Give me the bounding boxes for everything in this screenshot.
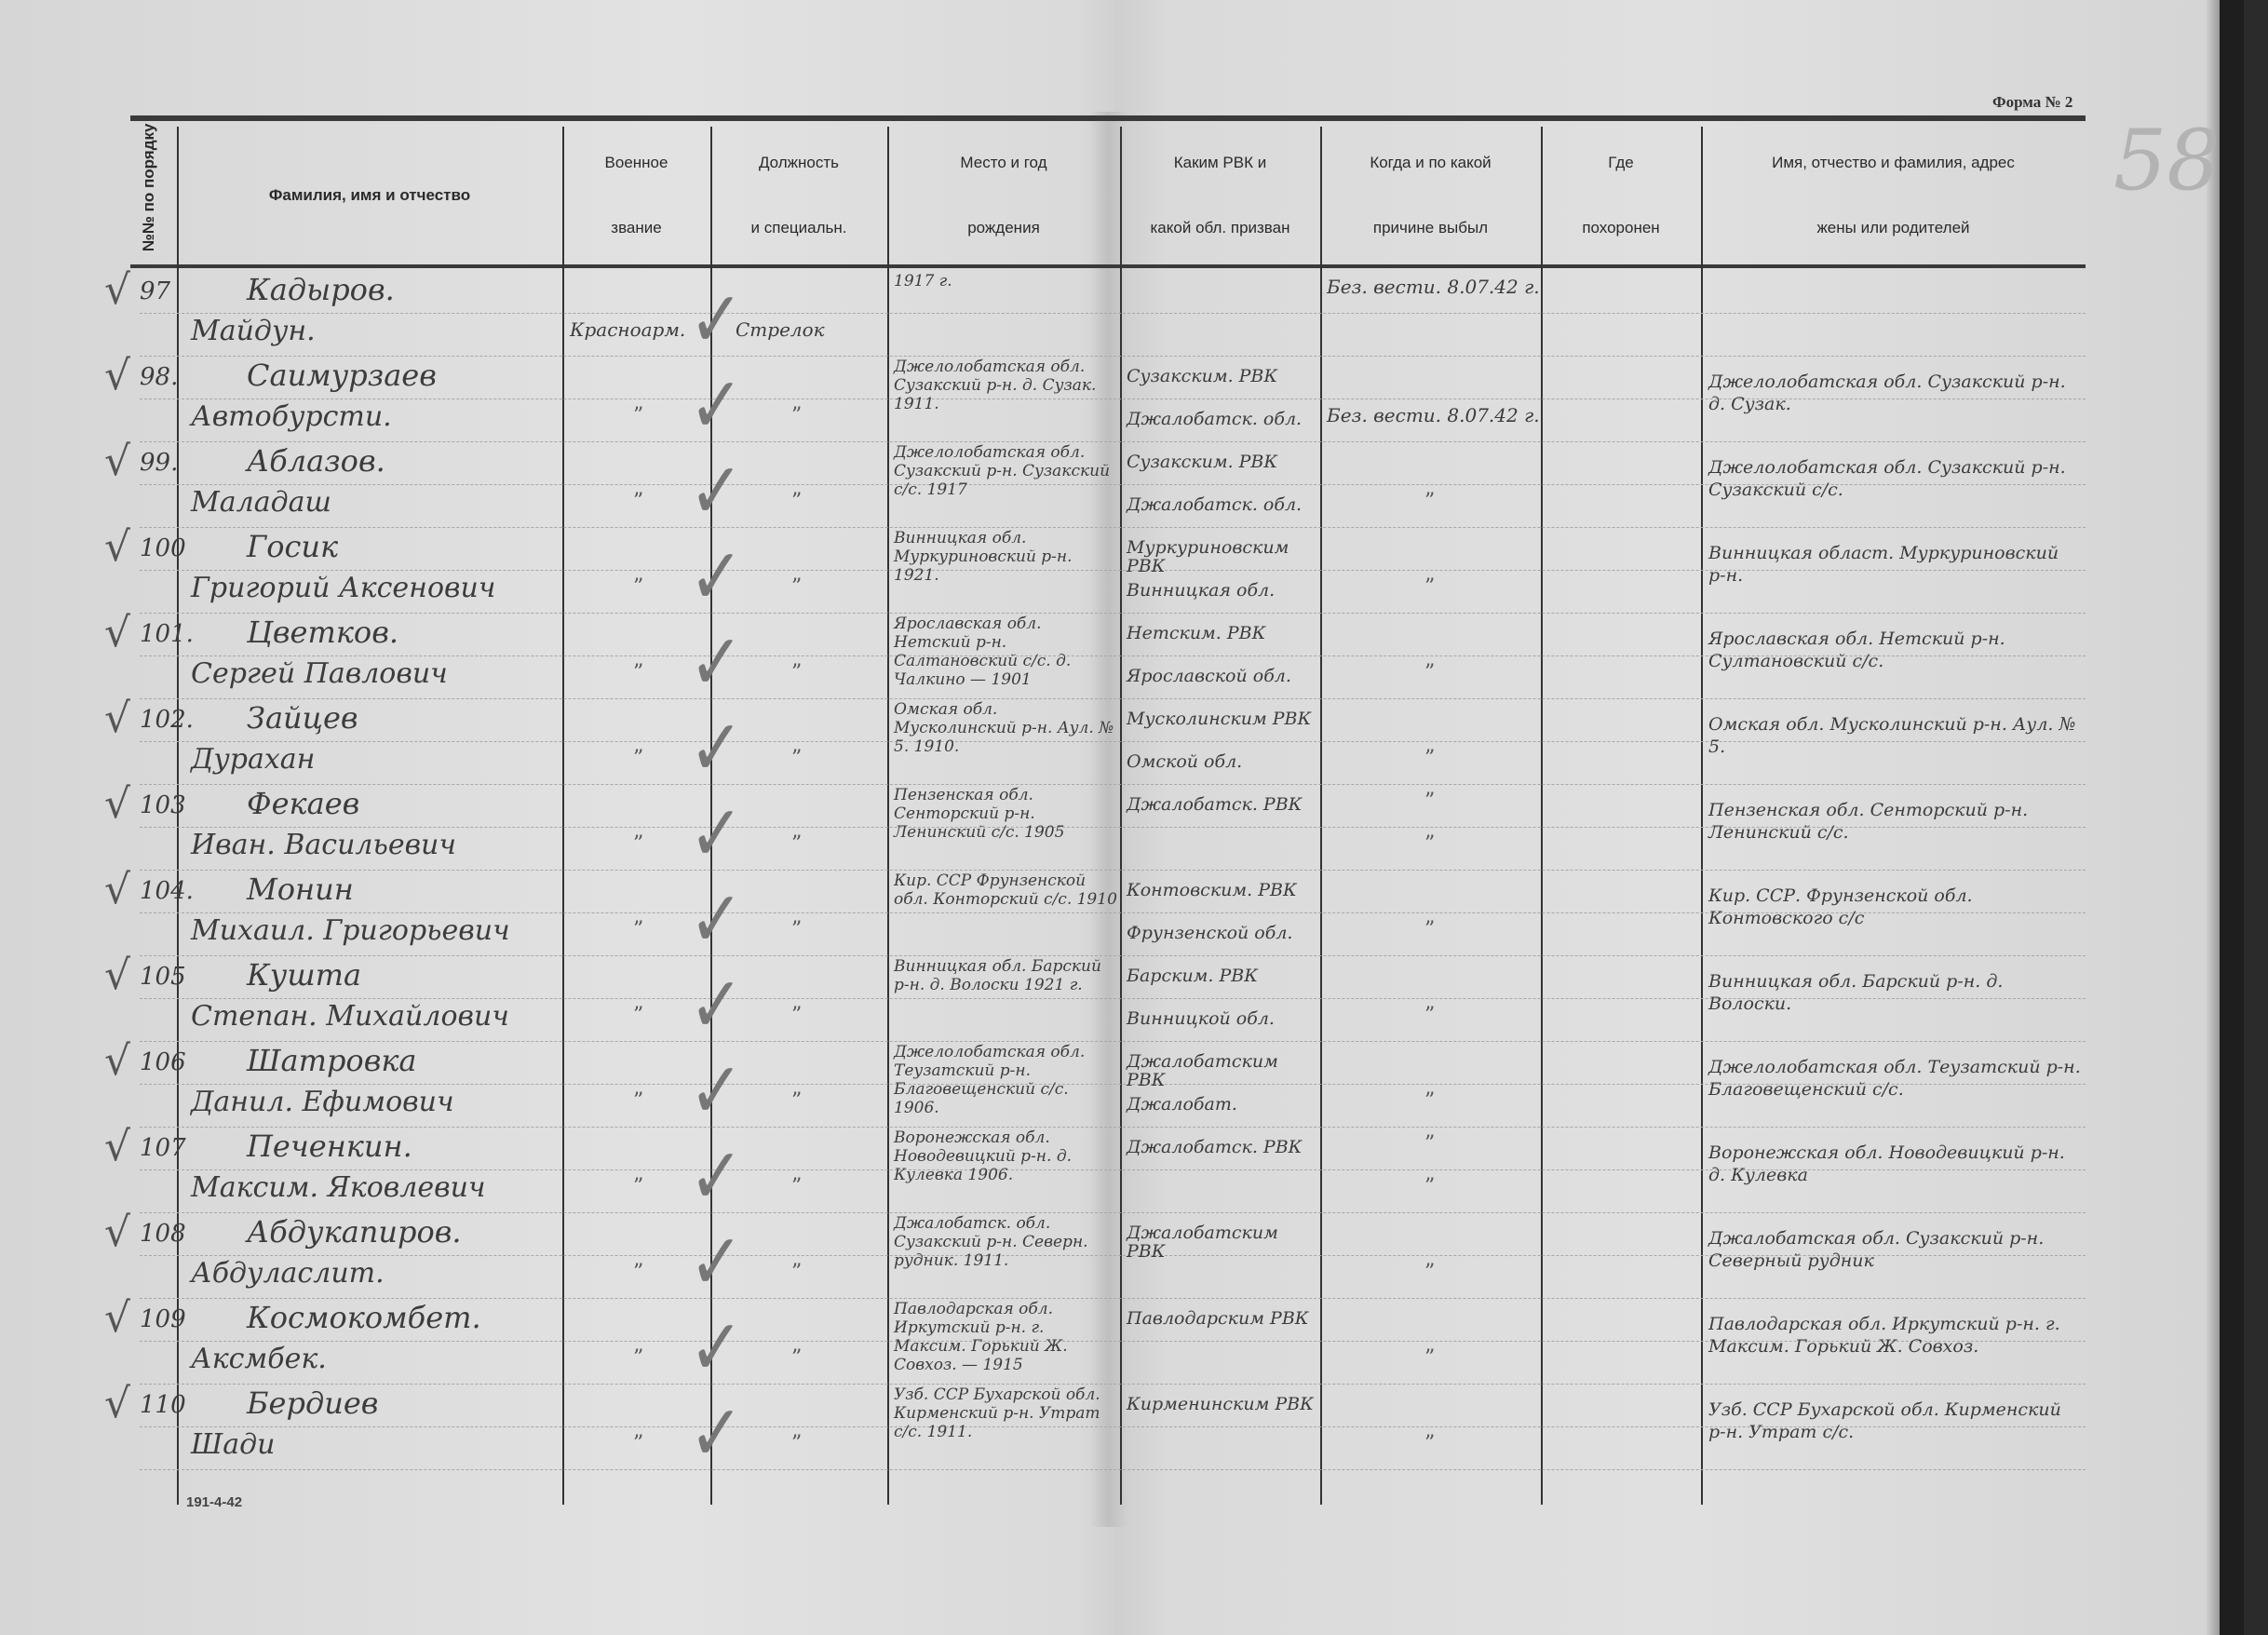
record-number: 99. [140,449,178,477]
record-number: 98. [140,363,178,391]
record-rank: ” [633,661,643,684]
row-divider [140,784,2086,785]
record-surname: Зайцев [247,700,358,736]
page-edge [2207,0,2220,1635]
record-position: ” [791,404,802,427]
record-relatives-address: Кир. ССР. Фрунзенской обл. Контовского с… [1708,885,2081,929]
record-relatives-address: Винницкая обл. Барский р-н. д. Волоски. [1708,970,2081,1015]
record-given-name: Аксмбек. [191,1343,327,1375]
record-rank: ” [633,1432,643,1455]
record-surname: Бердиев [247,1385,378,1421]
record-birthplace-year: Воронежская обл. Новодевицкий р-н. д. Ку… [894,1128,1117,1184]
record-birthplace-year: Павлодарская обл. Иркутский р-н. г. Макс… [894,1300,1117,1374]
pencil-check-icon: ✓ [689,873,744,965]
record-given-name: Шади [191,1428,275,1461]
row-divider [140,698,2086,699]
row-divider [140,870,2086,871]
record-given-name: Степан. Михайлович [191,1000,509,1033]
row-divider [140,1127,2086,1128]
record-rvk: Джалобатским РВК [1127,1052,1317,1089]
record-left-reason-2: ” [1424,747,1435,770]
record-number: 106 [140,1048,186,1076]
record-position: ” [791,1432,802,1455]
checkmark-icon: √ [104,1380,130,1427]
record-birthplace-year: Винницкая обл. Муркуриновский р-н. 1921. [894,529,1117,585]
record-rank: ” [633,1346,643,1370]
record-relatives-address: Воронежская обл. Новодевицкий р-н. д. Ку… [1708,1142,2081,1186]
record-rvk: Джалобатск. РВК [1127,1138,1317,1156]
record-position: ” [791,1346,802,1370]
record-given-name: Сергей Павлович [191,657,448,690]
header-bottom-rule [130,264,2086,268]
header-relatives: Имя, отчество и фамилия, адресжены или р… [1701,130,2086,261]
record-rvk: Контовским. РВК [1127,881,1317,899]
record-relatives-address: Джелолобатская обл. Теузатский р-н. Благ… [1708,1056,2081,1101]
checkmark-icon: √ [104,1037,130,1085]
record-rank: ” [633,575,643,599]
record-number: 97 [140,277,170,305]
row-divider [140,1041,2086,1042]
record-given-name: Данил. Ефимович [191,1086,454,1118]
record-left-reason-2: ” [1424,918,1435,941]
record-surname: Фекаев [247,786,359,821]
pencil-check-icon: ✓ [689,702,744,793]
record-position: Стрелок [736,318,825,341]
record-rank: ” [633,1261,643,1284]
record-birthplace-year: Узб. ССР Бухарской обл. Кирменский р-н. … [894,1385,1117,1441]
record-left-reason: ” [1424,790,1435,813]
row-divider [140,1212,2086,1213]
row-divider [140,441,2086,442]
record-rvk: Муркуриновским РВК [1127,538,1317,575]
record-position: ” [791,747,802,770]
record-position: ” [791,490,802,513]
record-surname: Саимурзаев [247,358,437,393]
record-left-reason-2: ” [1424,1175,1435,1198]
row-divider [140,1384,2086,1385]
record-position: ” [791,1089,802,1113]
row-divider [140,313,2086,314]
record-rvk: Павлодарским РВК [1127,1309,1317,1328]
record-position: ” [791,661,802,684]
record-birthplace-year: Джелолобатская обл. Сузакский р-н. Сузак… [894,443,1117,499]
record-number: 109 [140,1305,186,1333]
record-left-reason-2: ” [1424,1432,1435,1455]
header-buried: Гдепохоронен [1541,130,1701,261]
record-position: ” [791,1261,802,1284]
checkmark-icon: √ [104,866,130,913]
record-left-reason-2: ” [1424,490,1435,513]
record-rank: ” [633,918,643,941]
record-relatives-address: Омская обл. Мусколинский р-н. Аул. № 5. [1708,713,2081,758]
header-position: Должностьи специальн. [710,130,887,261]
record-position: ” [791,575,802,599]
pencil-check-icon: ✓ [689,359,744,451]
record-number: 102. [140,706,194,734]
record-given-name: Автобурсти. [191,400,392,433]
record-rvk: Джалобатским РВК [1127,1223,1317,1261]
record-rank: ” [633,490,643,513]
record-number: 108 [140,1220,186,1248]
record-rvk-region: Ярославской обл. [1127,667,1317,685]
pencil-check-icon: ✓ [689,1045,744,1136]
checkmark-icon: √ [104,952,130,999]
record-number: 103 [140,791,186,819]
checkmark-icon: √ [104,1123,130,1170]
pencil-check-icon: ✓ [689,1130,744,1222]
record-given-name: Абдуласлит. [191,1257,385,1290]
record-surname: Кадыров. [247,272,395,307]
checkmark-icon: √ [104,609,130,656]
record-number: 101. [140,620,194,648]
header-rank: Военноезвание [562,130,710,261]
record-given-name: Михаил. Григорьевич [191,914,510,947]
checkmark-icon: √ [104,266,130,314]
record-birthplace-year: Джелолобатская обл. Теузатский р-н. Благ… [894,1043,1117,1117]
record-relatives-address: Узб. ССР Бухарской обл. Кирменский р-н. … [1708,1399,2081,1443]
record-number: 100 [140,534,186,562]
checkmark-icon: √ [104,1209,130,1256]
record-left-reason-2: Без. вести. 8.07.42 г. [1327,404,1540,426]
record-surname: Печенкин. [247,1128,412,1164]
record-left-reason-2: ” [1424,661,1435,684]
record-given-name: Иван. Васильевич [191,829,456,861]
record-rvk: Кирменинским РВК [1127,1395,1317,1413]
row-divider [140,356,2086,357]
record-left-reason-2: ” [1424,575,1435,599]
row-divider [140,1298,2086,1299]
record-left-reason-2: ” [1424,1089,1435,1113]
record-relatives-address: Ярославская обл. Нетский р-н. Султановск… [1708,628,2081,672]
form-number: Форма № 2 [1992,93,2072,112]
pencil-check-icon: ✓ [689,531,744,622]
record-surname: Абдукапиров. [247,1214,462,1250]
record-number: 107 [140,1134,186,1162]
record-position: ” [791,1175,802,1198]
record-left-reason-2: ” [1424,1346,1435,1370]
record-left-reason: ” [1424,1132,1435,1155]
record-given-name: Григорий Аксенович [191,572,495,604]
record-rvk-region: Фрунзенской обл. [1127,924,1317,942]
record-relatives-address: Павлодарская обл. Иркутский р-н. г. Макс… [1708,1313,2081,1358]
record-rank: ” [633,747,643,770]
pencil-check-icon: ✓ [689,1216,744,1307]
record-rvk: Барским. РВК [1127,966,1317,985]
pencil-check-icon: ✓ [689,445,744,536]
record-left-reason-2: ” [1424,1004,1435,1027]
record-birthplace-year: 1917 г. [894,272,1117,291]
record-rvk: Сузакским. РВК [1127,453,1317,471]
record-relatives-address: Джелолобатская обл. Сузакский р-н. д. Су… [1708,371,2081,415]
header-name: Фамилия, имя и отчество [177,130,562,261]
record-number: 105 [140,963,186,991]
checkmark-icon: √ [104,780,130,828]
record-number: 110 [140,1391,186,1419]
record-rvk-region: Винницкая обл. [1127,581,1317,600]
record-number: 104. [140,877,194,905]
checkmark-icon: √ [104,523,130,571]
scan-border [2220,0,2244,1635]
record-surname: Аблазов. [247,443,385,479]
record-given-name: Дурахан [191,743,315,776]
header-birth: Место и годрождения [887,130,1120,261]
record-birthplace-year: Джелолобатская обл. Сузакский р-н. д. Су… [894,358,1117,413]
record-rvk-region: Джалобатск. обл. [1127,410,1317,428]
pencil-check-icon: ✓ [689,1387,744,1479]
record-surname: Госик [247,529,338,564]
record-given-name: Маладаш [191,486,331,519]
record-rvk: Сузакским. РВК [1127,367,1317,385]
record-given-name: Майдун. [191,315,316,347]
record-surname: Космокомбет. [247,1300,481,1335]
record-rvk: Нетским. РВК [1127,624,1317,642]
record-left-reason: Без. вести. 8.07.42 г. [1327,276,1540,298]
pencil-check-icon: ✓ [689,1302,744,1393]
record-birthplace-year: Пензенская обл. Сенторский р-н. Ленински… [894,786,1117,842]
record-rank: Красноарм. [570,318,685,341]
record-birthplace-year: Джалобатск. обл. Сузакский р-н. Северн. … [894,1214,1117,1270]
record-rank: ” [633,404,643,427]
record-relatives-address: Винницкая област. Муркуриновский р-н. [1708,542,2081,587]
record-surname: Кушта [247,957,361,993]
record-rvk-region: Омской обл. [1127,752,1317,771]
print-code: 191-4-42 [186,1494,242,1510]
page-number: 58 [2113,112,2221,209]
record-surname: Цветков. [247,615,398,650]
checkmark-icon: √ [104,438,130,485]
record-birthplace-year: Омская обл. Мусколинский р-н. Аул. № 5. … [894,700,1117,756]
record-rank: ” [633,1089,643,1113]
record-rank: ” [633,832,643,856]
record-birthplace-year: Винницкая обл. Барский р-н. д. Волоски 1… [894,957,1117,994]
row-divider [140,1469,2086,1470]
record-birthplace-year: Кир. ССР Фрунзенской обл. Конторский с/с… [894,872,1117,909]
pencil-check-icon: ✓ [689,959,744,1050]
record-relatives-address: Джелолобатская обл. Сузакский р-н. Сузак… [1708,456,2081,501]
record-rvk-region: Джалобатск. обл. [1127,495,1317,514]
record-birthplace-year: Ярославская обл. Нетский р-н. Салтановск… [894,615,1117,689]
row-divider [140,613,2086,614]
register-page: Форма № 2 58 №№ по порядку Фамилия, имя … [0,0,2244,1635]
record-given-name: Максим. Яковлевич [191,1171,486,1204]
header-top-rule [130,115,2086,121]
header-left: Когда и по какойпричине выбыл [1320,130,1541,261]
record-position: ” [791,918,802,941]
row-divider [140,955,2086,956]
record-rank: ” [633,1175,643,1198]
record-rvk-region: Винницкой обл. [1127,1009,1317,1028]
pencil-check-icon: ✓ [689,616,744,708]
checkmark-icon: √ [104,1294,130,1342]
pencil-check-icon: ✓ [689,788,744,879]
record-relatives-address: Пензенская обл. Сенторский р-н. Ленински… [1708,799,2081,844]
checkmark-icon: √ [104,352,130,399]
record-rvk: Джалобатск. РВК [1127,795,1317,814]
record-surname: Шатровка [247,1043,417,1078]
record-left-reason-2: ” [1424,832,1435,856]
record-position: ” [791,1004,802,1027]
record-left-reason-2: ” [1424,1261,1435,1284]
row-divider [140,527,2086,528]
record-relatives-address: Джалобатская обл. Сузакский р-н. Северны… [1708,1227,2081,1272]
record-position: ” [791,832,802,856]
record-rvk-region: Джалобат. [1127,1095,1317,1114]
record-rank: ” [633,1004,643,1027]
checkmark-icon: √ [104,695,130,742]
header-no: №№ по порядку [130,130,177,261]
record-surname: Монин [247,872,354,907]
header-rvk: Каким РВК икакой обл. призван [1120,130,1320,261]
record-rvk: Мусколинским РВК [1127,709,1317,728]
